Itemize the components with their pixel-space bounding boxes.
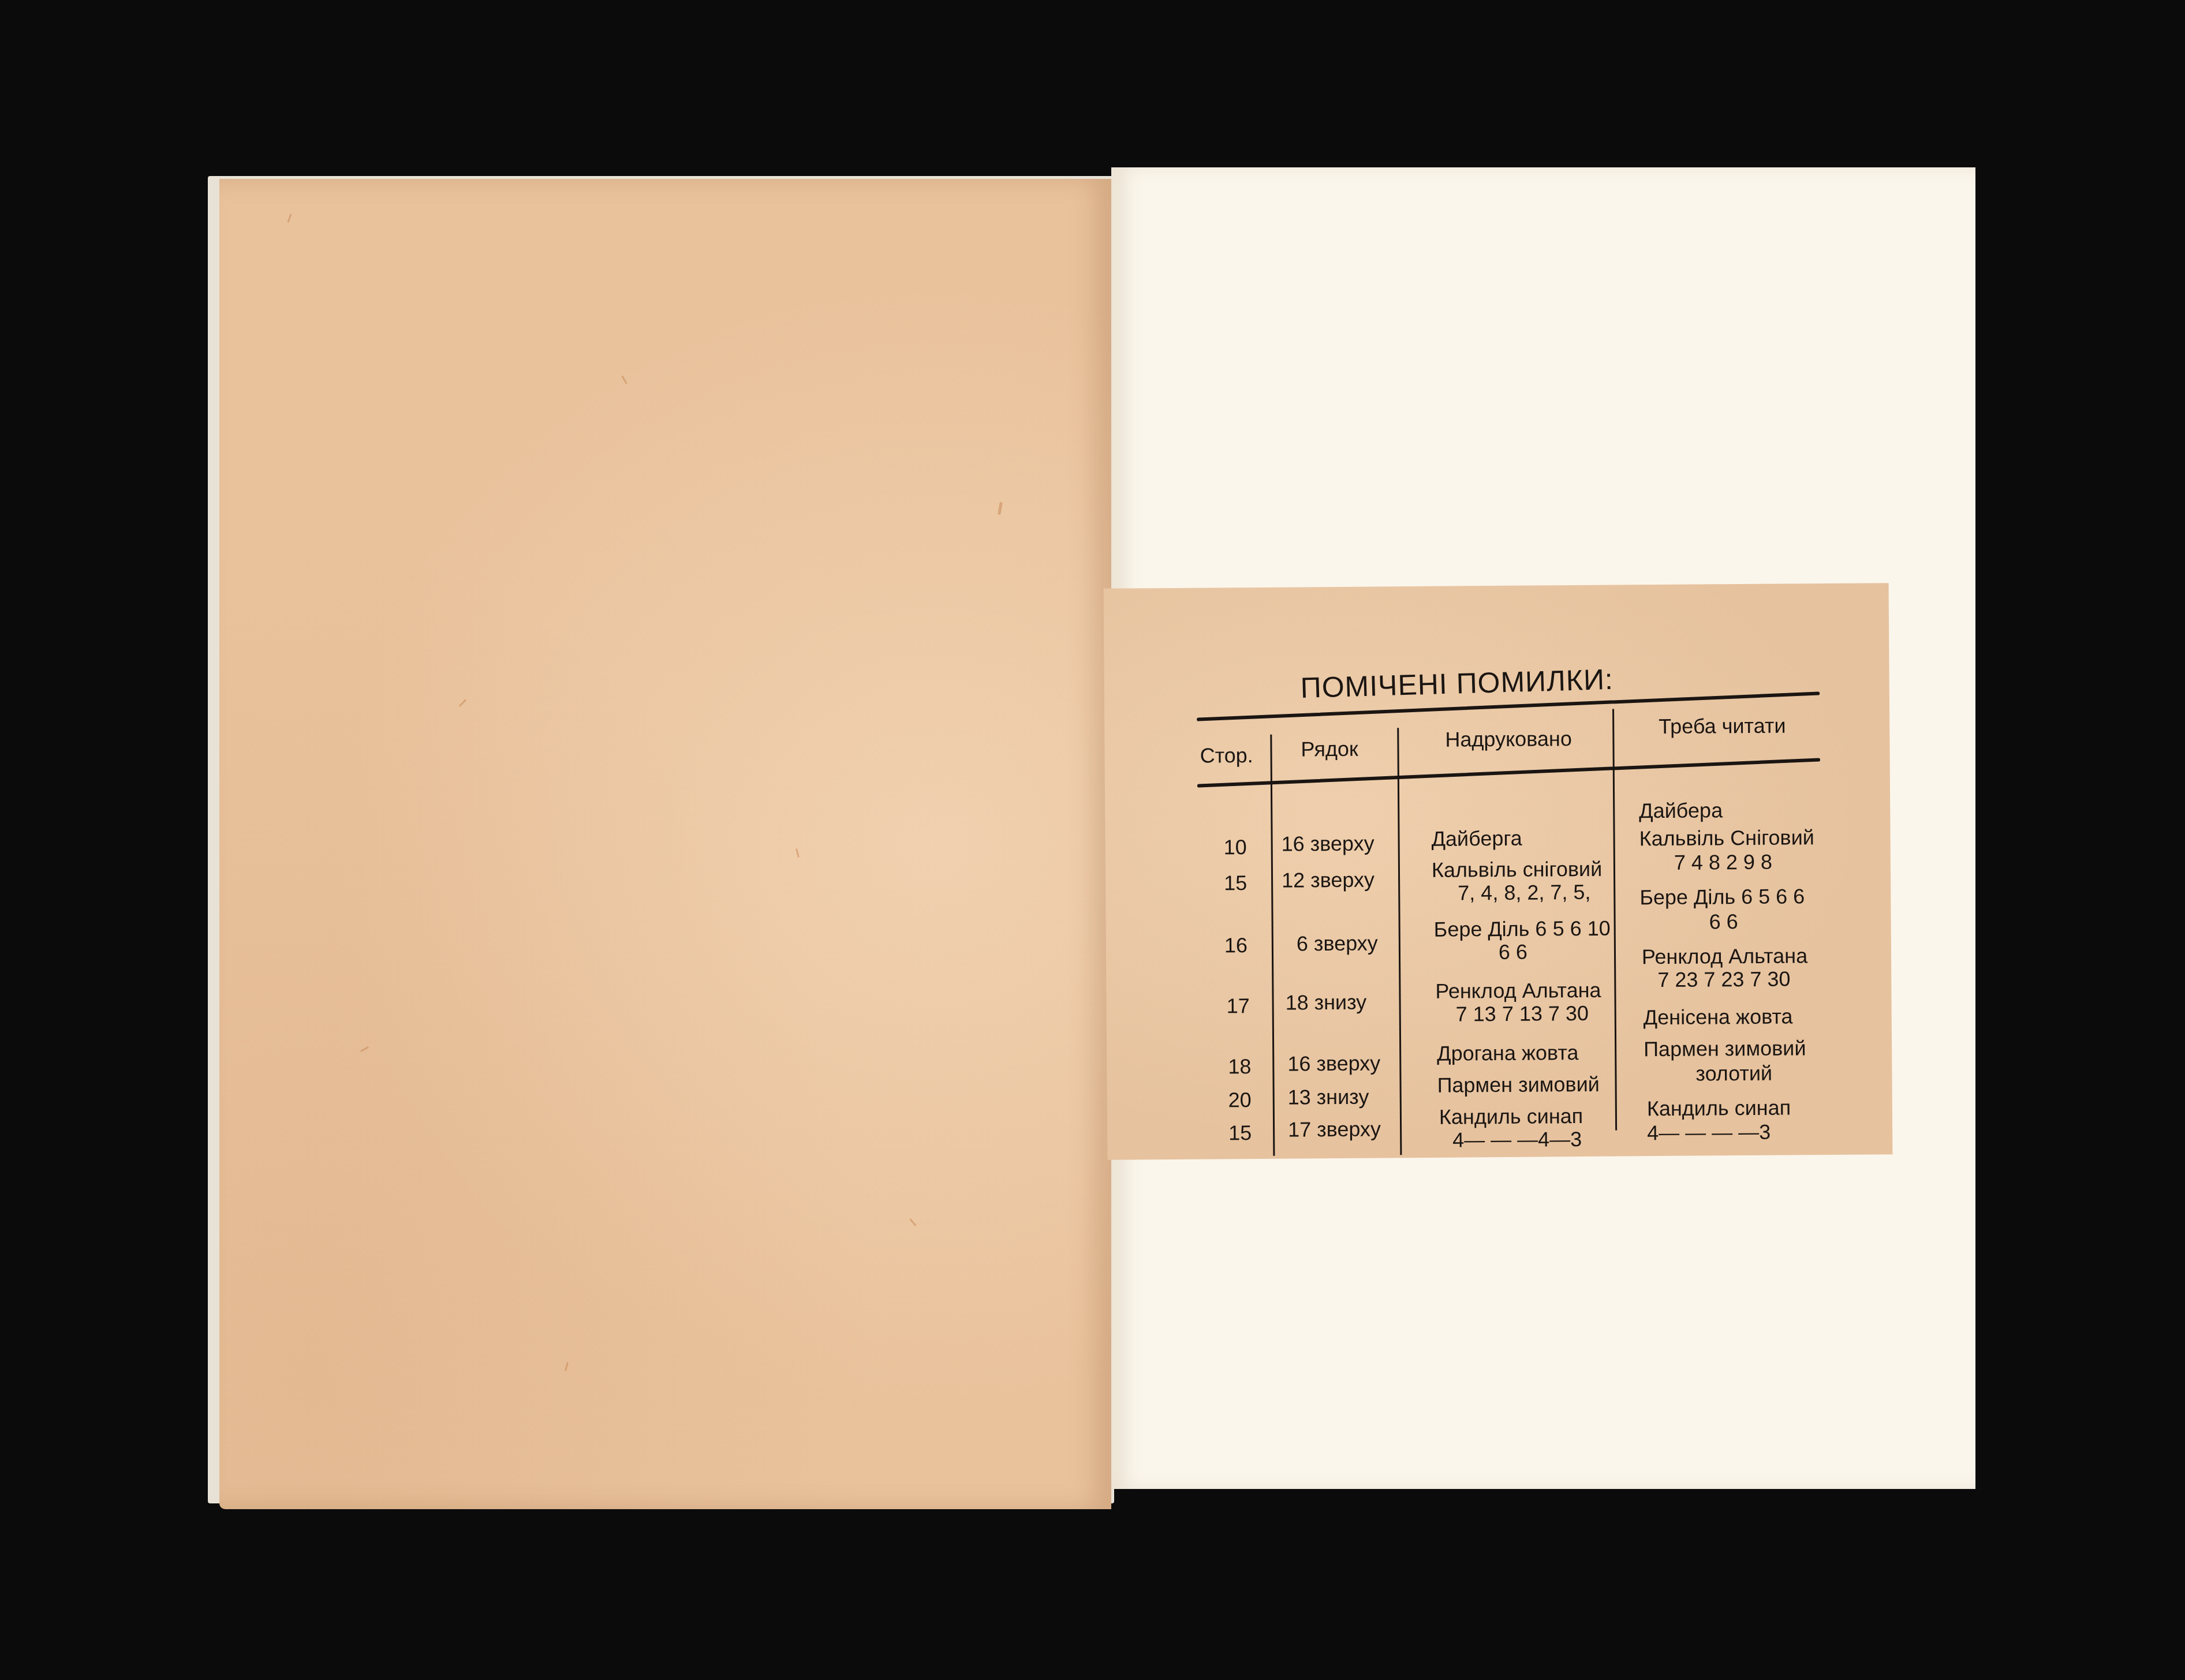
row-2-line: 12 зверху bbox=[1282, 868, 1375, 892]
paper-fleck bbox=[621, 375, 628, 384]
row-3-should-read-cont: 6 6 bbox=[1709, 910, 1738, 933]
row-7-printed: Кандиль синап bbox=[1439, 1105, 1583, 1129]
row-3-page: 16 bbox=[1224, 934, 1247, 957]
column-divider bbox=[1612, 709, 1617, 1131]
row-7-printed-cont: 4— — —4—3 bbox=[1452, 1128, 1582, 1152]
row-7-should-read-cont: 4— — — —3 bbox=[1647, 1121, 1771, 1144]
paper-fleck bbox=[998, 502, 1003, 515]
column-divider bbox=[1270, 735, 1275, 1156]
table-header-rule bbox=[1197, 758, 1820, 787]
row-5-line: 16 зверху bbox=[1287, 1052, 1380, 1075]
row-7-line: 17 зверху bbox=[1288, 1117, 1381, 1141]
errata-slip: ПОМІЧЕНІ ПОМИЛКИ: Стор. Рядок Надрукован… bbox=[1104, 583, 1893, 1159]
row-4-should-read: Ренклод Альтана bbox=[1642, 944, 1807, 968]
paper-fleck bbox=[360, 1046, 369, 1053]
row-2-printed-cont: 7, 4, 8, 2, 7, 5, bbox=[1458, 881, 1590, 905]
row-2-printed: Кальвіль сніговий bbox=[1432, 858, 1603, 882]
column-header-should-read: Треба читати bbox=[1659, 714, 1786, 739]
column-divider bbox=[1397, 728, 1402, 1155]
row-7-should-read: Кандиль синап bbox=[1647, 1096, 1791, 1120]
row-4-printed-cont: 7 13 7 13 7 30 bbox=[1456, 1002, 1589, 1026]
left-page-blank bbox=[219, 179, 1111, 1509]
column-header-page: Стор. bbox=[1200, 743, 1253, 768]
paper-fleck bbox=[565, 1362, 569, 1371]
row-5-should-read: Денісена жовта bbox=[1644, 1005, 1793, 1029]
row-6-printed: Пармен зимовий bbox=[1437, 1073, 1600, 1097]
paper-fleck bbox=[459, 699, 466, 706]
row-2-should-read-cont: 7 4 8 2 9 8 bbox=[1674, 851, 1772, 874]
paper-fleck bbox=[287, 214, 292, 223]
paper-fleck bbox=[795, 848, 800, 858]
row-3-should-read: Бере Діль 6 5 6 6 bbox=[1639, 885, 1805, 909]
row-1-printed: Дайберга bbox=[1431, 827, 1522, 851]
row-1-page: 10 bbox=[1224, 836, 1247, 859]
row-6-should-read-cont: золотий bbox=[1695, 1062, 1772, 1086]
row-6-line: 13 знизу bbox=[1288, 1086, 1369, 1109]
row-2-page: 15 bbox=[1224, 871, 1247, 895]
row-4-printed: Ренклод Альтана bbox=[1435, 979, 1601, 1003]
row-6-should-read: Пармен зимовий bbox=[1644, 1037, 1806, 1061]
column-header-printed: Надруковано bbox=[1445, 727, 1572, 752]
row-4-line: 18 знизу bbox=[1285, 991, 1366, 1015]
row-3-printed: Бере Діль 6 5 6 10 bbox=[1434, 917, 1611, 941]
row-3-line: 6 зверху bbox=[1297, 931, 1378, 955]
row-4-should-read-cont: 7 23 7 23 7 30 bbox=[1657, 967, 1790, 991]
row-4-page: 17 bbox=[1226, 994, 1249, 1017]
row-2-should-read: Кальвіль Сніговий bbox=[1639, 826, 1814, 850]
errata-title: ПОМІЧЕНІ ПОМИЛКИ: bbox=[1300, 663, 1614, 705]
row-5-page: 18 bbox=[1228, 1055, 1251, 1078]
column-header-line: Рядок bbox=[1301, 737, 1358, 762]
row-1-should-read: Дайбера bbox=[1639, 799, 1723, 822]
row-7-page: 15 bbox=[1228, 1121, 1252, 1144]
row-1-line: 16 зверху bbox=[1282, 832, 1375, 855]
row-3-printed-cont: 6 6 bbox=[1499, 941, 1527, 964]
row-5-printed: Дрогана жовта bbox=[1437, 1041, 1579, 1065]
paper-fleck bbox=[909, 1218, 917, 1226]
row-6-page: 20 bbox=[1228, 1088, 1252, 1112]
